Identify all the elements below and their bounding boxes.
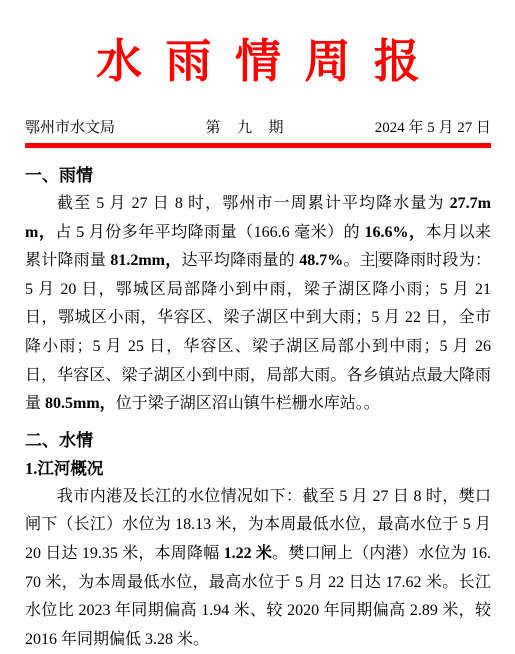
subsection-heading-rivers[interactable]: 1.江河概况 xyxy=(25,457,491,481)
issue-date[interactable]: 2024 年 5 月 27 日 xyxy=(375,118,491,138)
issue-number[interactable]: 第 九 期 xyxy=(205,118,284,138)
bold-value-text: 48.7% xyxy=(299,252,343,269)
agency-name[interactable]: 鄂州市水文局 xyxy=(25,118,115,138)
section-heading-water[interactable]: 二、水情 xyxy=(25,429,491,453)
bold-value-text: 16.6%， xyxy=(365,224,426,241)
masthead-divider-rule xyxy=(25,143,491,148)
document-page: 水 雨 情 周 报 鄂州市水文局 第 九 期 2024 年 5 月 27 日 一… xyxy=(0,0,515,654)
body-text: 达平均降雨量的 xyxy=(181,252,299,269)
water-situation-paragraph[interactable]: 我市内港及长江的水位情况如下：截至 5 月 27 日 8 时，樊口闸下（长江）水… xyxy=(25,483,491,654)
body-text: 位于梁子湖区沼山镇牛栏栅水库站。。 xyxy=(116,395,380,412)
section-heading-rain[interactable]: 一、雨情 xyxy=(25,164,491,188)
body-text: 。主 xyxy=(343,252,376,269)
bold-value-text: 80.5mm， xyxy=(45,395,116,412)
masthead: 鄂州市水文局 第 九 期 2024 年 5 月 27 日 xyxy=(25,118,491,138)
bold-value-text: 1.22 米 xyxy=(224,545,272,562)
body-text: 要降雨时段为：5 月 20 日，鄂城区局部降小到中雨，梁子湖区降小雨；5 月 2… xyxy=(25,252,491,412)
bold-value-text: 81.2mm， xyxy=(110,252,181,269)
body-text: 截至 5 月 27 日 8 时，鄂州市一周累计平均降水量为 xyxy=(57,195,450,212)
report-title[interactable]: 水 雨 情 周 报 xyxy=(25,34,491,90)
rain-situation-paragraph[interactable]: 截至 5 月 27 日 8 时，鄂州市一周累计平均降水量为 27.7mm，占 5… xyxy=(25,190,491,419)
body-text: 占 5 月份多年平均降雨量（166.6 毫米）的 xyxy=(55,224,364,241)
